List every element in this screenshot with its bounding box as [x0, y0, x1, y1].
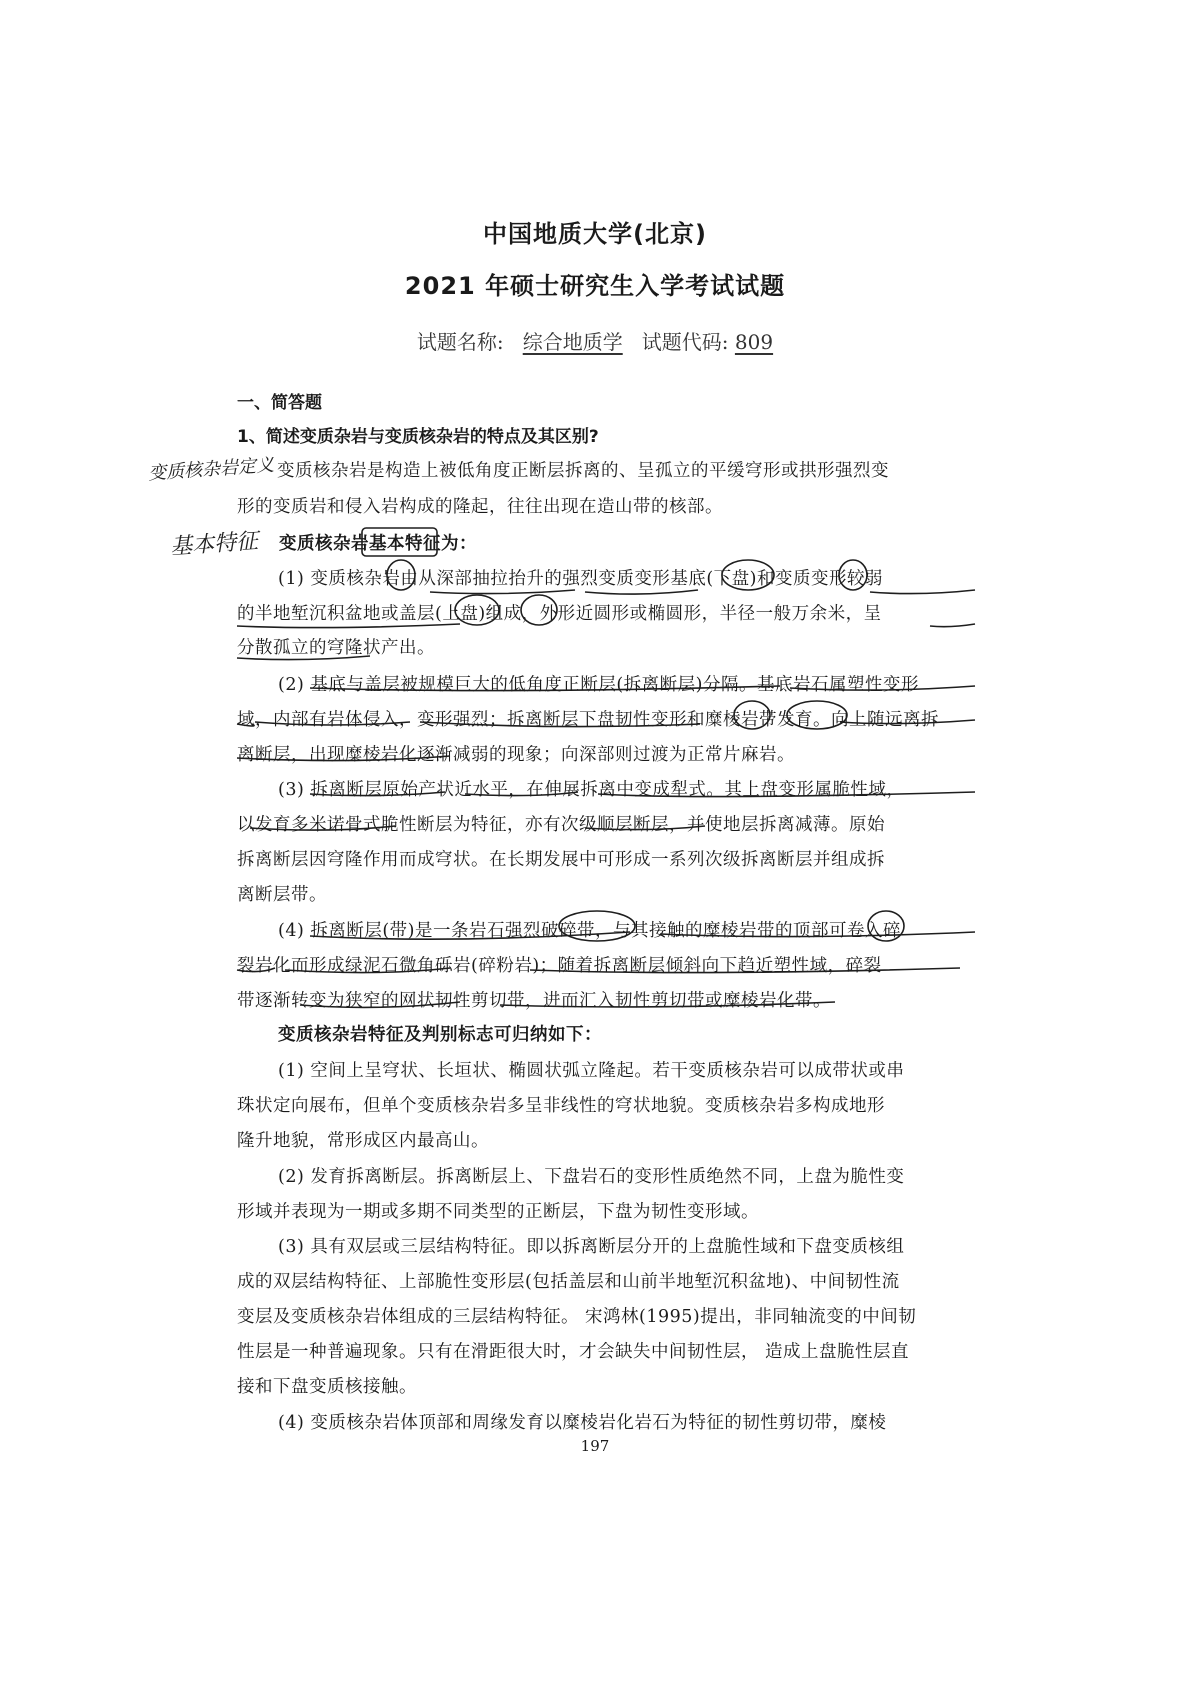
criteria-3-line-4: 性层是一种普遍现象。只有在滑距很大时，才会缺失中间韧性层， 造成上盘脆性层直 — [237, 1338, 909, 1363]
criteria-1-line-3: 隆升地貌，常形成区内最高山。 — [237, 1127, 489, 1152]
code-value: 809 — [735, 330, 773, 354]
subject-name: 综合地质学 — [523, 330, 623, 354]
criteria-2-line-2: 形域并表现为一期或多期不同类型的正断层，下盘为韧性变形域。 — [237, 1198, 759, 1223]
feature-4-line-2: 裂岩化而形成绿泥石微角砾岩(碎粉岩)；随着拆离断层倾斜向下趋近塑性域，碎裂 — [237, 952, 882, 977]
section-heading: 一、简答题 — [237, 388, 322, 413]
feature-2-line-3: 离断层，出现糜棱岩化逐渐减弱的现象；向深部则过渡为正常片麻岩。 — [237, 741, 795, 766]
criteria-1-line-1: (1) 空间上呈穹状、长垣状、椭圆状弧立隆起。若干变质核杂岩可以成带状或串 — [278, 1057, 904, 1082]
code-label: 试题代码: — [642, 330, 729, 354]
margin-note-features: 基本特征 — [169, 524, 259, 561]
feature-4-line-3: 带逐渐转变为狭窄的网状韧性剪切带，进而汇入韧性剪切带或糜棱岩化带。 — [237, 987, 831, 1012]
feature-1-line-1: (1) 变质核杂岩由从深部抽拉抬升的强烈变质变形基底(下盘)和变质变形较弱 — [278, 565, 883, 590]
criteria-4-line-1: (4) 变质核杂岩体顶部和周缘发育以糜棱岩化岩石为特征的韧性剪切带，糜棱 — [278, 1409, 886, 1434]
feature-3-line-4: 离断层带。 — [237, 881, 327, 906]
feature-3-line-3: 拆离断层因穹隆作用而成穹状。在长期发展中可形成一系列次级拆离断层并组成拆 — [237, 846, 885, 871]
criteria-3-line-5: 接和下盘变质核接触。 — [237, 1373, 417, 1398]
criteria-heading: 变质核杂岩特征及判别标志可归纳如下： — [278, 1021, 602, 1046]
feature-3-line-2: 以发育多米诺骨式脆性断层为特征，亦有次级顺层断层，并使地层拆离减薄。原始 — [237, 811, 885, 836]
basic-features-heading: 变质核杂岩基本特征为： — [279, 530, 477, 555]
definition-line-2: 形的变质岩和侵入岩构成的隆起，往往出现在造山带的核部。 — [237, 493, 723, 518]
criteria-2-line-1: (2) 发育拆离断层。拆离断层上、下盘岩石的变形性质绝然不同，上盘为脆性变 — [278, 1163, 904, 1188]
page-number: 197 — [0, 1437, 1190, 1455]
subject-line: 试题名称: 综合地质学 试题代码: 809 — [0, 326, 1190, 355]
feature-1-line-2: 的半地堑沉积盆地或盖层(上盘)组成，外形近圆形或椭圆形，半径一般万余米，呈 — [237, 600, 882, 625]
margin-note-definition: 变质核杂岩定义 — [147, 451, 275, 486]
feature-2-line-2: 域，内部有岩体侵入，变形强烈；拆离断层下盘韧性变形和糜棱岩带发育。向上随远离拆 — [237, 706, 939, 731]
feature-2-line-1: (2) 基底与盖层被规模巨大的低角度正断层(拆离断层)分隔。基底岩石属塑性变形 — [278, 671, 919, 696]
feature-4-line-1: (4) 拆离断层(带)是一条岩石强烈破碎带，与其接触的糜棱岩带的顶部可卷入碎 — [278, 917, 901, 942]
exam-title: 2021 年硕士研究生入学考试试题 — [0, 266, 1190, 301]
definition-line-1: 变质核杂岩是构造上被低角度正断层拆离的、呈孤立的平缓穹形或拱形强烈变 — [277, 457, 889, 482]
university-title: 中国地质大学(北京) — [0, 214, 1190, 249]
question-title: 1、简述变质杂岩与变质核杂岩的特点及其区别? — [237, 422, 599, 447]
criteria-3-line-2: 成的双层结构特征、上部脆性变形层(包括盖层和山前半地堑沉积盆地)、中间韧性流 — [237, 1268, 900, 1293]
feature-3-line-1: (3) 拆离断层原始产状近水平，在伸展拆离中变成犁式。其上盘变形属脆性域， — [278, 776, 904, 801]
subject-label: 试题名称: — [417, 330, 504, 354]
exam-page: 中国地质大学(北京) 2021 年硕士研究生入学考试试题 试题名称: 综合地质学… — [0, 0, 1190, 1683]
criteria-1-line-2: 珠状定向展布，但单个变质核杂岩多呈非线性的穹状地貌。变质核杂岩多构成地形 — [237, 1092, 885, 1117]
criteria-3-line-1: (3) 具有双层或三层结构特征。即以拆离断层分开的上盘脆性域和下盘变质核组 — [278, 1233, 904, 1258]
feature-1-line-3: 分散孤立的穹隆状产出。 — [237, 634, 435, 659]
criteria-3-line-3: 变层及变质核杂岩体组成的三层结构特征。 宋鸿林(1995)提出，非同轴流变的中间… — [237, 1303, 916, 1328]
